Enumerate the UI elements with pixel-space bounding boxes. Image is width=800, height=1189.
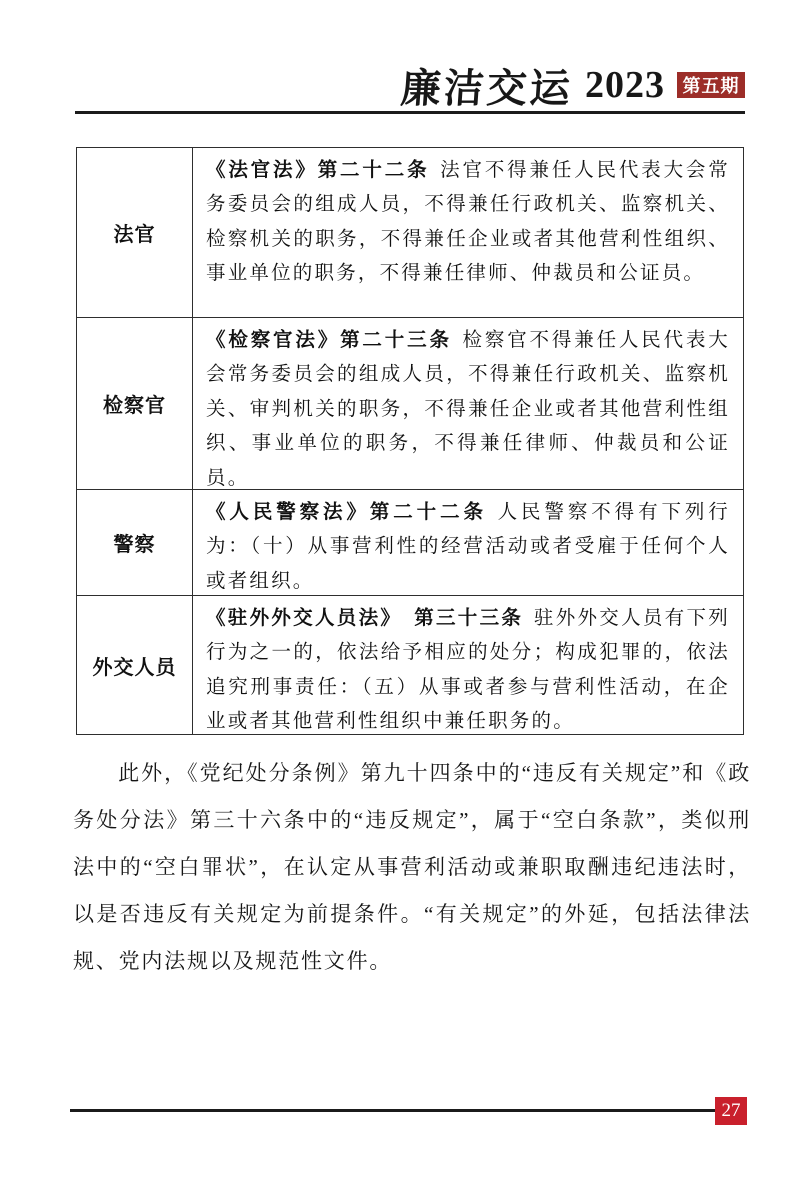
publication-title: 廉洁交运 [399,57,575,114]
row-label: 检察官 [77,318,193,489]
issue-badge: 第五期 [677,72,745,98]
row-content: 《驻外外交人员法》 第三十三条驻外外交人员有下列行为之一的，依法给予相应的处分；… [193,596,743,734]
document-page: 廉洁交运 2023 第五期 法官 《法官法》第二十二条法官不得兼任人民代表大会常… [0,0,800,1189]
table-row-diplomat: 外交人员 《驻外外交人员法》 第三十三条驻外外交人员有下列行为之一的，依法给予相… [77,595,743,734]
footer-rule [70,1109,718,1112]
row-content: 《人民警察法》第二十二条人民警察不得有下列行为：（十）从事营利性的经营活动或者受… [193,490,743,595]
header-rule [75,111,745,114]
law-citation: 《法官法》第二十二条 [206,160,429,181]
regulations-table: 法官 《法官法》第二十二条法官不得兼任人民代表大会常务委员会的组成人员，不得兼任… [76,147,744,735]
row-content: 《法官法》第二十二条法官不得兼任人民代表大会常务委员会的组成人员，不得兼任行政机… [193,148,743,317]
row-label: 警察 [77,490,193,595]
body-paragraph: 此外，《党纪处分条例》第九十四条中的“违反有关规定”和《政务处分法》第三十六条中… [73,750,751,985]
row-content: 《检察官法》第二十三条检察官不得兼任人民代表大会常务委员会的组成人员，不得兼任行… [193,318,743,489]
law-text: 检察官不得兼任人民代表大会常务委员会的组成人员，不得兼任行政机关、监察机关、审判… [206,330,730,489]
table-row-judge: 法官 《法官法》第二十二条法官不得兼任人民代表大会常务委员会的组成人员，不得兼任… [77,148,743,317]
table-row-police: 警察 《人民警察法》第二十二条人民警察不得有下列行为：（十）从事营利性的经营活动… [77,489,743,595]
masthead: 廉洁交运 2023 第五期 [0,62,745,108]
law-citation: 《人民警察法》第二十二条 [206,502,487,523]
page-number-badge: 27 [715,1097,747,1125]
row-label: 法官 [77,148,193,317]
law-citation: 《检察官法》第二十三条 [206,330,452,351]
row-label: 外交人员 [77,596,193,734]
publication-year: 2023 [585,63,665,107]
table-row-prosecutor: 检察官 《检察官法》第二十三条检察官不得兼任人民代表大会常务委员会的组成人员，不… [77,317,743,489]
law-citation: 《驻外外交人员法》 第三十三条 [206,608,523,629]
